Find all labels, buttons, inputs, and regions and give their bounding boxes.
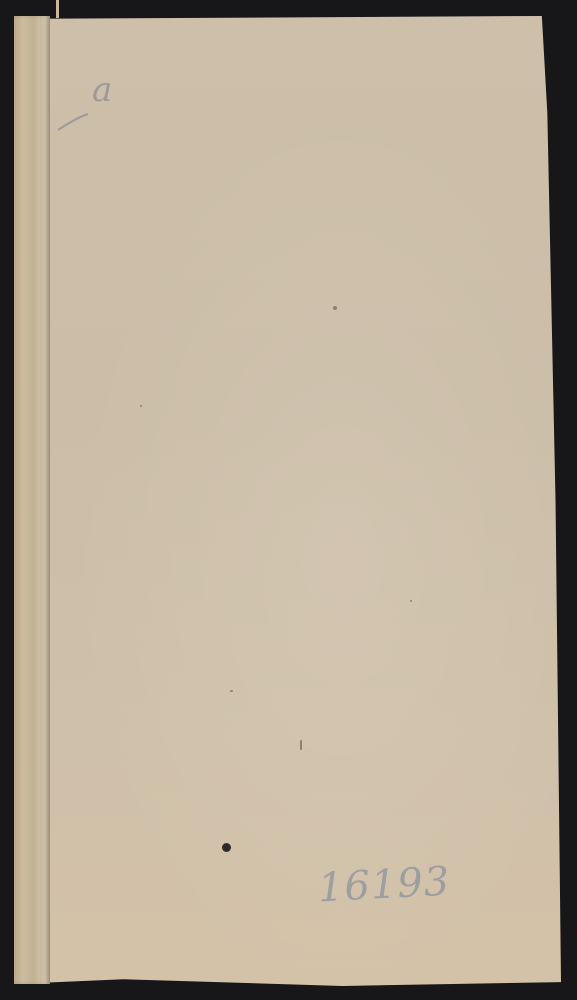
paper-speck (333, 306, 337, 310)
top-pencil-mark: a (92, 70, 112, 110)
paper-speck (300, 740, 302, 750)
bottom-pencil-number: 16193 (317, 859, 451, 912)
pencil-stroke (58, 72, 168, 132)
paper-speck (410, 600, 412, 602)
spine-fold (40, 16, 50, 984)
binding-string (56, 0, 59, 18)
paper-speck (230, 690, 233, 692)
paper-hole (222, 843, 231, 852)
paper-speck (140, 405, 142, 407)
paper-page (14, 16, 561, 986)
